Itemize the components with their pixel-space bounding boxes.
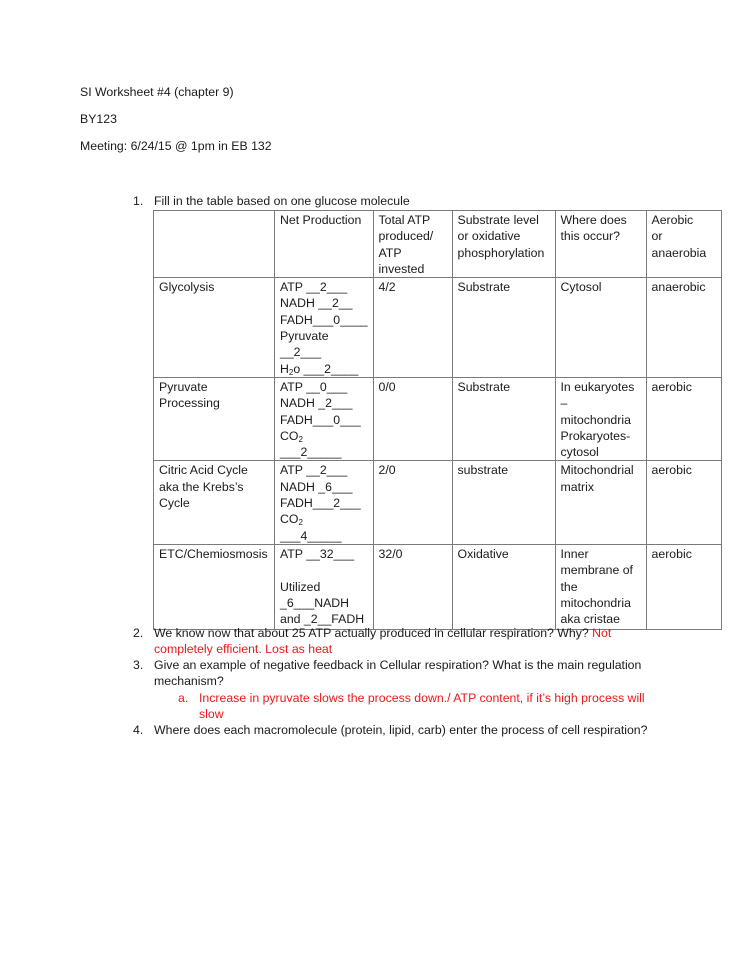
question-3-text-continued: mechanism?: [154, 673, 224, 689]
net-line: NADH _6___: [280, 479, 368, 495]
table-row: ETC/Chemiosmosis ATP __32___ Utilized _6…: [154, 544, 722, 629]
question-4-text: Where does each macromolecule (protein, …: [154, 722, 647, 738]
header-line: anaerobia: [652, 245, 716, 261]
stage-line: Pyruvate: [159, 379, 269, 395]
stage-line: Citric Acid Cycle: [159, 462, 269, 478]
header-cell-net-production: Net Production: [275, 211, 374, 278]
question-4-number: 4.: [133, 722, 143, 738]
location-line: membrane of: [561, 562, 641, 578]
phosphorylation-cell: substrate: [452, 461, 555, 544]
table-row: Citric Acid Cycle aka the Krebs’s Cycle …: [154, 461, 722, 544]
location-cell: Cytosol: [555, 278, 646, 378]
atp-cell: 4/2: [373, 278, 452, 378]
stage-line: Glycolysis: [159, 279, 269, 295]
atp-cell: 2/0: [373, 461, 452, 544]
phosphorylation-cell: Substrate: [452, 278, 555, 378]
location-line: Prokaryotes-: [561, 428, 641, 444]
net-line: NADH _2___: [280, 395, 368, 411]
stage-cell: ETC/Chemiosmosis: [154, 544, 275, 629]
header-line: Where does: [561, 212, 641, 228]
net-line: NADH __2__: [280, 295, 368, 311]
header-line: Total ATP: [379, 212, 447, 228]
location-cell: In eukaryotes – mitochondria Prokaryotes…: [555, 377, 646, 460]
location-line: In eukaryotes: [561, 379, 641, 395]
table-row: Glycolysis ATP __2___ NADH __2__ FADH___…: [154, 278, 722, 378]
location-line: Cytosol: [561, 279, 641, 295]
net-production-cell: ATP __2___ NADH _6___ FADH___2___ CO2 __…: [275, 461, 374, 544]
header-cell-phosphorylation: Substrate level or oxidative phosphoryla…: [452, 211, 555, 278]
location-line: mitochondria: [561, 412, 641, 428]
location-line: the: [561, 579, 641, 595]
question-2-answer-continued: completely efficient. Lost as heat: [154, 641, 332, 657]
location-line: mitochondria: [561, 595, 641, 611]
meeting-info: Meeting: 6/24/15 @ 1pm in EB 132: [80, 138, 272, 154]
header-cell-aerobic: Aerobic or anaerobia: [646, 211, 721, 278]
header-line: Substrate level: [458, 212, 550, 228]
net-line: ATP __2___: [280, 279, 368, 295]
stage-cell: Pyruvate Processing: [154, 377, 275, 460]
location-line: matrix: [561, 479, 641, 495]
atp-cell: 0/0: [373, 377, 452, 460]
table-row: Pyruvate Processing ATP __0___ NADH _2__…: [154, 377, 722, 460]
net-line: ATP __32___: [280, 546, 368, 562]
net-line: FADH___0____: [280, 312, 368, 328]
question-2-prompt: We know now that about 25 ATP actually p…: [154, 626, 589, 640]
net-line: Pyruvate: [280, 328, 368, 344]
location-cell: Inner membrane of the mitochondria aka c…: [555, 544, 646, 629]
header-cell-stage: [154, 211, 275, 278]
net-line: CO2 ___4_____: [280, 511, 368, 544]
question-2-number: 2.: [133, 625, 143, 641]
header-line: Aerobic: [652, 212, 716, 228]
location-line: –: [561, 395, 641, 411]
stage-line: aka the Krebs’s: [159, 479, 269, 495]
stage-cell: Glycolysis: [154, 278, 275, 378]
net-production-cell: ATP __0___ NADH _2___ FADH___0___ CO2 __…: [275, 377, 374, 460]
stage-line: Processing: [159, 395, 269, 411]
table-header-row: Net Production Total ATP produced/ ATP i…: [154, 211, 722, 278]
net-line: __2___: [280, 344, 368, 360]
net-line: _6___NADH: [280, 595, 368, 611]
location-line: cytosol: [561, 444, 641, 460]
stage-line: Cycle: [159, 495, 269, 511]
worksheet-title: SI Worksheet #4 (chapter 9): [80, 84, 234, 100]
question-3-number: 3.: [133, 657, 143, 673]
header-line: this occur?: [561, 228, 641, 244]
header-line: phosphorylation: [458, 245, 550, 261]
header-line: or oxidative: [458, 228, 550, 244]
question-1-text: Fill in the table based on one glucose m…: [154, 193, 410, 209]
course-code: BY123: [80, 111, 117, 127]
aerobic-cell: aerobic: [646, 377, 721, 460]
net-line: CO2 ___2_____: [280, 428, 368, 461]
stage-cell: Citric Acid Cycle aka the Krebs’s Cycle: [154, 461, 275, 544]
net-line: ATP __2___: [280, 462, 368, 478]
phosphorylation-cell: Oxidative: [452, 544, 555, 629]
answer-3a-text-continued: slow: [199, 706, 224, 722]
phosphorylation-cell: Substrate: [452, 377, 555, 460]
question-2-answer: Not: [592, 626, 611, 640]
net-line: H2o ___2____: [280, 361, 368, 377]
subscript-two: 2: [289, 368, 293, 377]
header-line: or: [652, 228, 716, 244]
respiration-table: Net Production Total ATP produced/ ATP i…: [153, 210, 722, 630]
subscript-two: 2: [298, 435, 302, 444]
net-line: FADH___2___: [280, 495, 368, 511]
question-1-number: 1.: [133, 193, 143, 209]
location-cell: Mitochondrial matrix: [555, 461, 646, 544]
header-line: ATP: [379, 245, 447, 261]
answer-3a-text: Increase in pyruvate slows the process d…: [199, 690, 645, 706]
atp-cell: 32/0: [373, 544, 452, 629]
header-line: invested: [379, 261, 447, 277]
location-line: Inner: [561, 546, 641, 562]
question-3-text: Give an example of negative feedback in …: [154, 657, 641, 673]
location-line: Mitochondrial: [561, 462, 641, 478]
net-production-cell: ATP __32___ Utilized _6___NADH and _2__F…: [275, 544, 374, 629]
aerobic-cell: aerobic: [646, 544, 721, 629]
header-cell-total-atp: Total ATP produced/ ATP invested: [373, 211, 452, 278]
aerobic-cell: aerobic: [646, 461, 721, 544]
net-line: Utilized: [280, 579, 368, 595]
question-2-text: We know now that about 25 ATP actually p…: [154, 625, 611, 641]
net-line: [280, 562, 368, 578]
header-line: produced/: [379, 228, 447, 244]
net-line: ATP __0___: [280, 379, 368, 395]
net-production-cell: ATP __2___ NADH __2__ FADH___0____ Pyruv…: [275, 278, 374, 378]
header-cell-location: Where does this occur?: [555, 211, 646, 278]
stage-line: ETC/Chemiosmosis: [159, 546, 269, 562]
net-line: FADH___0___: [280, 412, 368, 428]
aerobic-cell: anaerobic: [646, 278, 721, 378]
subscript-two: 2: [298, 518, 302, 527]
answer-3a-letter: a.: [178, 690, 188, 706]
